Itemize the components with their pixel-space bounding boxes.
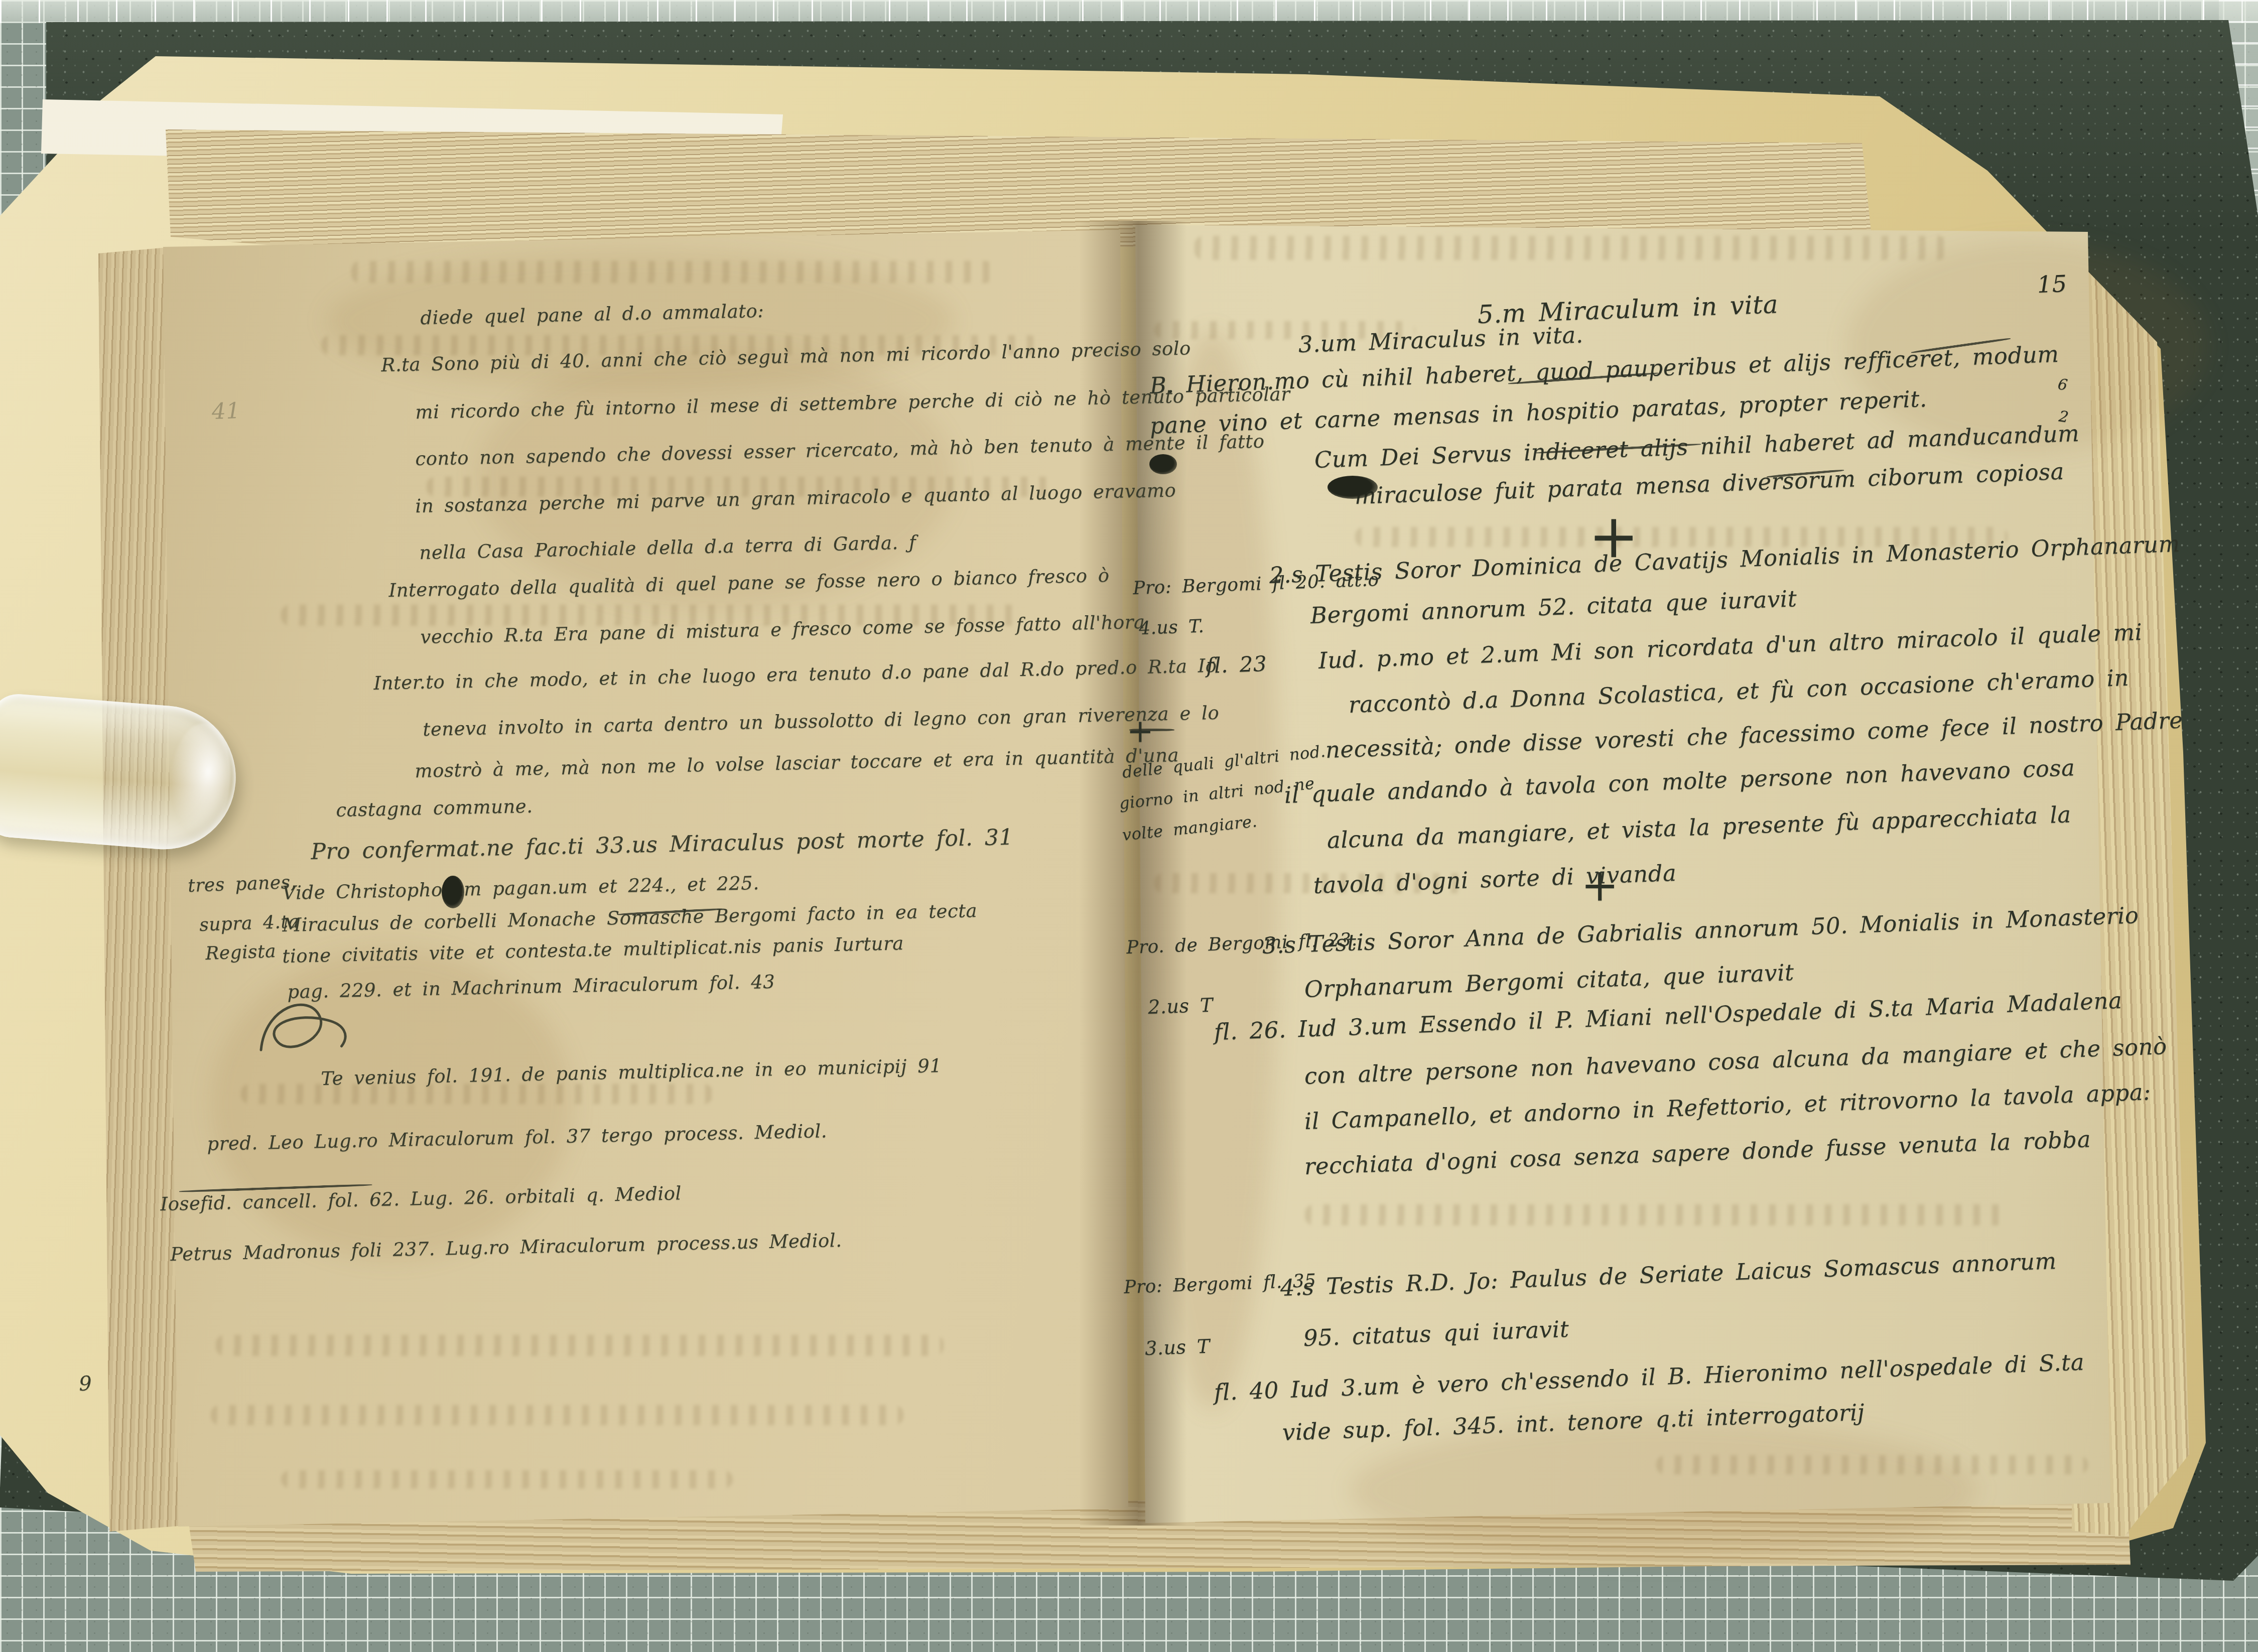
ink-bleedthrough: [241, 1084, 713, 1104]
margin-note: 3.us T: [1144, 1335, 1210, 1359]
margin-note: 2.us T: [1147, 994, 1213, 1018]
ink-bleedthrough: [351, 261, 994, 283]
margin-note: tres panes,: [188, 872, 297, 896]
ink-bleedthrough: [1656, 1455, 2088, 1474]
manuscript-photo: diede quel pane al d.o ammalato:R.ta Son…: [0, 0, 2258, 1652]
ink-blot: [1327, 476, 1378, 499]
ink-bleedthrough: [1305, 1204, 2008, 1225]
ink-bleedthrough: [281, 1470, 733, 1488]
margin-note: 15: [2037, 270, 2067, 298]
ink-blot: [1149, 454, 1177, 474]
margin-note: supra 4.ta: [199, 911, 300, 935]
margin-note: 41: [211, 398, 241, 425]
margin-note: 9: [78, 1372, 92, 1396]
ink-strike: [1129, 729, 1174, 731]
pen-flourish: [249, 990, 358, 1068]
ink-bleedthrough: [1194, 236, 1947, 260]
margin-note: 4.us T.: [1139, 616, 1205, 639]
ink-blot: [442, 876, 464, 908]
cross-mark: +: [1581, 859, 1619, 912]
ink-bleedthrough: [216, 1335, 944, 1356]
handwritten-line: castagna commune.: [336, 795, 533, 821]
paper-stain: [1350, 1420, 1977, 1561]
cross-mark: +: [1127, 713, 1154, 750]
margin-note: fl. 23: [1206, 651, 1267, 678]
margin-note: Regista: [205, 941, 277, 964]
ruler-scale-top: [0, 0, 2258, 23]
cross-mark: +: [1588, 502, 1639, 572]
ink-bleedthrough: [211, 1405, 903, 1425]
